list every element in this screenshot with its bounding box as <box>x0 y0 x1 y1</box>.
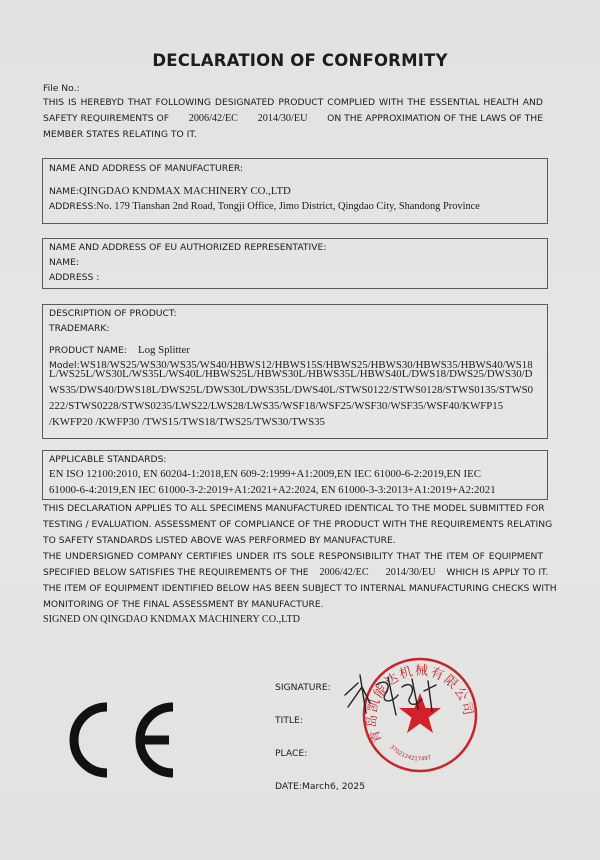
body-directive-machinery: 2006/42/EC <box>319 567 368 578</box>
body-p2-text-a: SPECIFIED BELOW SATISFIES THE REQUIREMEN… <box>43 567 309 578</box>
body-p1-line-1: THIS DECLARATION APPLIES TO ALL SPECIMEN… <box>43 503 543 514</box>
standards-heading: APPLICABLE STANDARDS: <box>49 454 167 465</box>
standards-box: APPLICABLE STANDARDS: EN ISO 12100:2010,… <box>42 450 548 500</box>
document-page: DECLARATION OF CONFORMITY File No.: THIS… <box>0 0 600 860</box>
model-line-2: L/WS25L/WS30L/WS35L/WS40L/HBWS25L/HBWS30… <box>49 368 532 380</box>
body-p1-line-2: TESTING / EVALUATION. ASSESSMENT OF COMP… <box>43 519 543 530</box>
signed-on-line: SIGNED ON QINGDAO KNDMAX MACHINERY CO.,L… <box>43 614 300 625</box>
model-line-3: WS35/DWS40/DWS18L/DWS25L/DWS30L/DWS35L/D… <box>49 384 533 396</box>
intro-line-2: SAFETY REQUIREMENTS OF 2006/42/EC 2014/3… <box>43 113 543 124</box>
eu-rep-name-label: NAME: <box>49 257 79 268</box>
body-p2-text-d: WHICH IS APPLY TO IT. <box>446 567 548 578</box>
date-row: DATE:March6, 2025 <box>275 781 365 792</box>
body-directive-emc: 2014/30/EU <box>386 567 436 578</box>
title-label: TITLE: <box>275 715 303 726</box>
model-line-4: 222/STWS0228/STWS0235/LWS22/LWS28/LWS35/… <box>49 400 503 412</box>
manufacturer-address: No. 179 Tianshan 2nd Road, Tongji Office… <box>96 201 480 212</box>
date-label: DATE: <box>275 781 302 792</box>
directive-machinery: 2006/42/EC <box>189 113 238 124</box>
intro-text-d: ON THE APPROXIMATION OF THE LAWS OF THE <box>327 113 543 124</box>
place-label: PLACE: <box>275 748 307 759</box>
intro-text-a: SAFETY REQUIREMENTS OF <box>43 113 169 124</box>
directive-emc: 2014/30/EU <box>258 113 308 124</box>
body-p1-line-3: TO SAFETY STANDARDS LISTED ABOVE WAS PER… <box>43 535 396 546</box>
document-title: DECLARATION OF CONFORMITY <box>0 51 600 70</box>
manufacturer-heading: NAME AND ADDRESS OF MANUFACTURER: <box>49 163 243 174</box>
stamp-number: 3702124217497 <box>388 744 432 762</box>
signature-label: SIGNATURE: <box>275 682 331 693</box>
body-p3-line-1: THE ITEM OF EQUIPMENT IDENTIFIED BELOW H… <box>43 583 543 594</box>
product-heading: DESCRIPTION OF PRODUCT: <box>49 308 177 319</box>
body-p2-line-1: THE UNDERSIGNED COMPANY CERTIFIES UNDER … <box>43 551 543 562</box>
body-p2-line-2: SPECIFIED BELOW SATISFIES THE REQUIREMEN… <box>43 567 548 578</box>
intro-line-1: THIS IS HEREBYD THAT FOLLOWING DESIGNATE… <box>43 97 543 108</box>
date-value: March6, 2025 <box>302 781 365 792</box>
ce-mark-icon <box>55 695 175 785</box>
manufacturer-address-row: ADDRESS:No. 179 Tianshan 2nd Road, Tongj… <box>49 194 480 213</box>
eu-representative-box: NAME AND ADDRESS OF EU AUTHORIZED REPRES… <box>42 238 548 289</box>
eu-rep-heading: NAME AND ADDRESS OF EU AUTHORIZED REPRES… <box>49 242 326 253</box>
file-number-label: File No.: <box>43 83 80 94</box>
eu-rep-address-label: ADDRESS : <box>49 272 99 283</box>
trademark-label: TRADEMARK: <box>49 323 110 334</box>
standards-line-1: EN ISO 12100:2010, EN 60204-1:2018,EN 60… <box>49 468 481 480</box>
svg-text:3702124217497: 3702124217497 <box>388 744 432 762</box>
manufacturer-box: NAME AND ADDRESS OF MANUFACTURER: NAME:Q… <box>42 158 548 224</box>
intro-line-3: MEMBER STATES RELATING TO IT. <box>43 129 197 140</box>
handwritten-signature-icon <box>340 665 450 725</box>
body-p3-line-2: MONITORING OF THE FINAL ASSESSMENT BY MA… <box>43 599 324 610</box>
model-line-5: /KWFP20 /KWFP30 /TWS15/TWS18/TWS25/TWS30… <box>49 416 325 428</box>
product-box: DESCRIPTION OF PRODUCT: TRADEMARK: PRODU… <box>42 304 548 439</box>
standards-line-2: 61000-6-4:2019,EN IEC 61000-3-2:2019+A1:… <box>49 484 496 496</box>
manufacturer-address-label: ADDRESS: <box>49 201 96 212</box>
